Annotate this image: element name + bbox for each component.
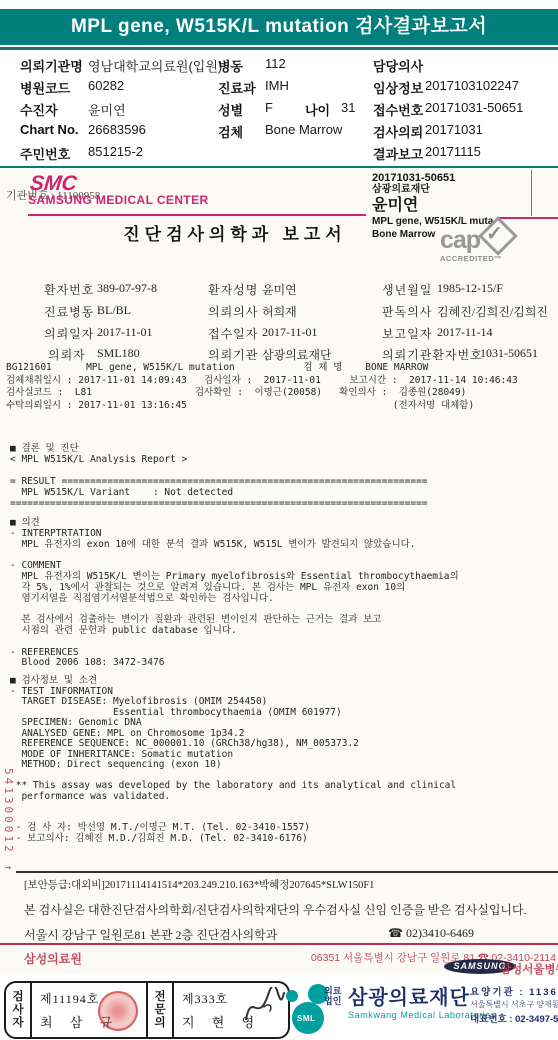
examiner-stamp-box: 검사자 제11194호 최 삼 규 전문의 제333호 지 현 영: [4, 981, 290, 1039]
conclusion-block: ■ 결론 및 진단 < MPL W515K/L Analysis Report …: [10, 443, 428, 509]
patient-name: 윤미연: [372, 196, 493, 215]
field-label: 의뢰일자: [44, 325, 94, 342]
field-label: 수진자: [20, 100, 58, 119]
field-value: 20171115: [425, 144, 481, 159]
field-value: Bone Marrow: [265, 122, 342, 137]
signature-icon: [240, 987, 286, 1029]
test-meta-block: BG121601 MPL gene, W515K/L mutation 검 체 …: [6, 362, 518, 412]
logo-circle: [286, 990, 298, 1002]
accreditation-statement: 본 검사실은 대한진단검사의학회/진단검사의학재단의 우수검사실 신임 인증을 …: [24, 901, 527, 918]
field-value: 1031-50651: [480, 346, 538, 361]
field-value: 851215-2: [88, 144, 143, 159]
title-underline: [0, 47, 558, 50]
hospital-letterhead: SAMSUNG MEDICAL CENTER: [28, 193, 209, 207]
check-icon: ✓: [486, 221, 503, 246]
samsung-seoul-hospital-label: 삼성서울병원: [500, 961, 558, 977]
field-label: 의뢰의사: [208, 303, 258, 320]
field-value: 윤미연: [88, 100, 126, 119]
letterhead-rule: [28, 214, 366, 216]
sml-phone: 대표번호 : 02-3497-51: [470, 1011, 558, 1025]
field-label: 주민번호: [20, 144, 70, 163]
field-value: 영남대학교의료원(입원): [88, 56, 222, 75]
field-value: 2017103102247: [425, 78, 519, 93]
red-seal-stamp-icon: [98, 991, 138, 1031]
samsung-medical-center-label: 삼성의료원: [24, 950, 82, 967]
field-label: 환자성명: [208, 281, 258, 298]
footer-rule: [0, 943, 558, 945]
field-label: 진료병동: [44, 303, 94, 320]
field-label: 의뢰기관: [208, 346, 258, 363]
test-info-block: ■ 검사정보 및 소견 - TEST INFORMATION TARGET DI…: [10, 676, 456, 844]
field-value: 2017-11-01: [262, 325, 318, 340]
specialist-cert-cell: 제333호 지 현 영: [174, 983, 288, 1037]
sml-org-name: 삼광의료재단: [348, 981, 470, 1010]
field-label: 나이: [305, 100, 330, 119]
specialist-role-label: 전문의: [153, 991, 167, 1030]
field-value: 26683596: [88, 122, 146, 137]
security-classification-line: [보안등급:대외비]20171114141514*203.249.210.163…: [24, 877, 374, 892]
sidebox-divider: [531, 170, 532, 216]
field-label: 담당의사: [373, 56, 423, 75]
sml-org-type: 의료법인: [324, 986, 344, 1006]
field-value: BL/BL: [97, 303, 131, 318]
field-value: 2017-11-01: [97, 325, 153, 340]
department-phone: ☎ 02)3410-6469: [388, 926, 474, 941]
examiner-cert-cell: 제11194호 최 삼 규: [32, 983, 146, 1037]
field-value: 윤미연: [262, 281, 297, 298]
field-label: Chart No.: [20, 122, 79, 137]
page-title: MPL gene, W515K/L mutation 검사결과보고서: [0, 9, 558, 45]
field-label: 임상정보: [373, 78, 423, 97]
field-value: 60282: [88, 78, 124, 93]
department-address: 서울시 강남구 일원로81 본관 2층 진단검사의학과: [24, 926, 277, 943]
field-label: 생년월일: [382, 281, 432, 298]
field-label: 환자번호: [44, 281, 94, 298]
field-label: 병동: [218, 56, 243, 75]
field-value: 2017-11-14: [437, 325, 493, 340]
cap-logo: cap: [440, 226, 480, 255]
field-label: 결과보고: [373, 144, 423, 163]
letterhead-rule: [497, 217, 558, 219]
field-value: 20171031: [425, 122, 483, 137]
examiner-role-cell: 검사자: [6, 983, 32, 1037]
field-label: 의뢰자: [48, 346, 86, 363]
field-label: 의뢰기관환자번호: [382, 346, 483, 363]
field-label: 진료과: [218, 78, 256, 97]
field-value: 허희재: [262, 303, 297, 320]
field-label: 보고일자: [382, 325, 432, 342]
field-value: 20171031-50651: [425, 100, 523, 115]
field-value: 31: [341, 100, 355, 115]
document-title: 진단검사의학과 보고서: [70, 220, 400, 245]
referring-org: 삼광의료재단: [372, 184, 493, 196]
opinion-block: ■ 의견 - INTERPTRTATION MPL 유전자의 exon 10에 …: [10, 518, 459, 669]
field-value: 김혜진/김희진/김희진: [437, 303, 548, 320]
side-barcode-number: 541300012 ↑: [2, 768, 15, 874]
field-value: F: [265, 100, 273, 115]
specialist-role-cell: 전문의: [146, 983, 174, 1037]
sml-care-institution-number: 요양기관 : 1136520: [470, 984, 558, 998]
field-value: 112: [265, 56, 286, 71]
lab-report-page: { "colors": { "teal_accent": "#007f7d", …: [0, 0, 558, 1040]
field-value: SML180: [97, 346, 140, 361]
field-value: 389-07-97-8: [97, 281, 157, 296]
cap-accredited-label: ACCREDITED™: [440, 254, 502, 263]
field-label: 의뢰기관명: [20, 56, 83, 75]
field-label: 검사의뢰: [373, 122, 423, 141]
field-label: 병원코드: [20, 78, 70, 97]
field-value: 1985-12-15/F: [437, 281, 503, 296]
receipt-number: 20171031-50651: [372, 172, 493, 184]
sml-logo-text: SML: [297, 1014, 315, 1023]
field-label: 검체: [218, 122, 243, 141]
scanned-report: 기관번호 : 11100958 SMC SAMSUNG MEDICAL CENT…: [0, 168, 558, 973]
field-label: 접수번호: [373, 100, 423, 119]
security-rule: [16, 871, 558, 873]
field-label: 판독의사: [382, 303, 432, 320]
field-value: IMH: [265, 78, 289, 93]
examiner-role-label: 검사자: [11, 991, 25, 1030]
field-value: 삼광의료재단: [262, 346, 332, 363]
field-label: 성별: [218, 100, 243, 119]
sml-address: 서울특별시 서초구 양재동: [470, 999, 558, 1010]
field-label: 접수일자: [208, 325, 258, 342]
